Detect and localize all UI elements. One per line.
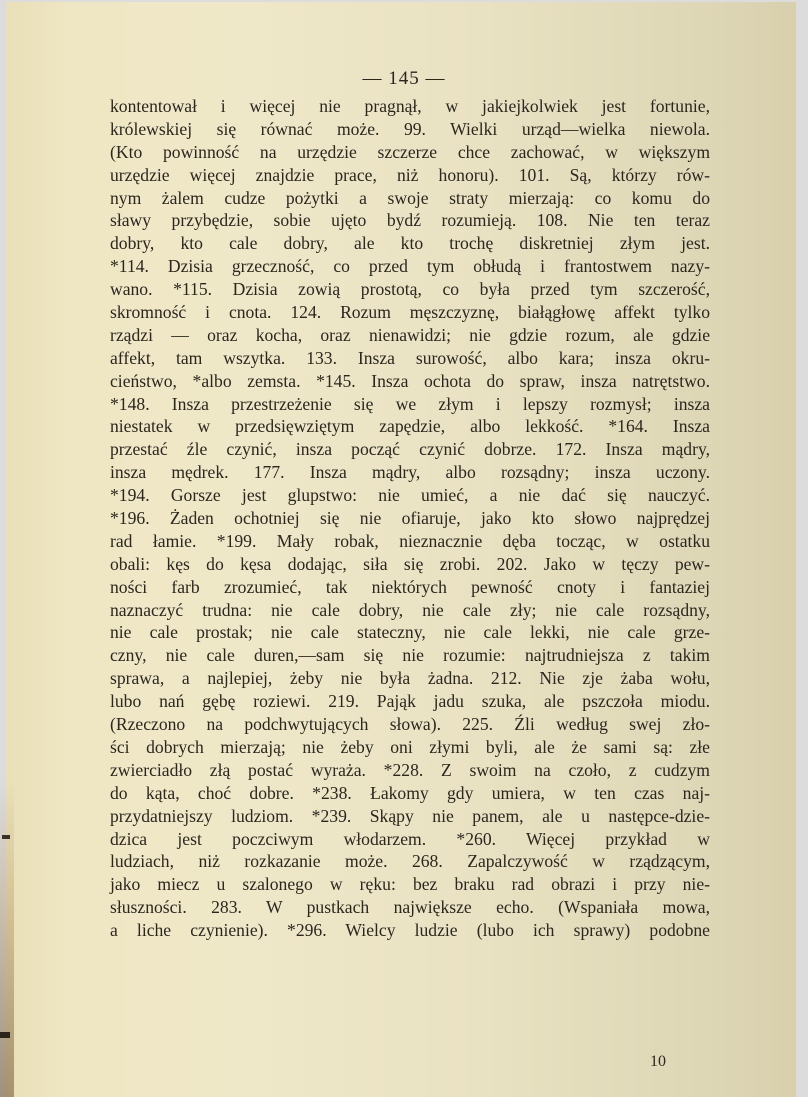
text-line: lubo nań gębę roziewi. 219. Pająk jadu s… bbox=[110, 690, 710, 713]
binding-edge bbox=[0, 780, 14, 1097]
text-line: (Kto powinność na urzędzie szczerze chce… bbox=[110, 141, 710, 164]
text-line: do kąta, choć dobre. *238. Łakomy gdy um… bbox=[110, 782, 710, 805]
text-line: ności farb zrozumieć, tak niektórych pew… bbox=[110, 576, 710, 599]
text-line: ludziach, niż rozkazanie może. 268. Zapa… bbox=[110, 850, 710, 873]
text-line: *114. Dzisia grzeczność, co przed tym ob… bbox=[110, 255, 710, 278]
text-line: a liche czynienie). *296. Wielcy ludzie … bbox=[110, 919, 710, 942]
text-line: przestać źle czynić, insza począć czynić… bbox=[110, 438, 710, 461]
binding-mark bbox=[0, 1032, 10, 1038]
body-text: kontentował i więcej nie pragnął, w jaki… bbox=[110, 95, 710, 942]
text-line: rządzi — oraz kocha, oraz nienawidzi; ni… bbox=[110, 324, 710, 347]
text-line: sławy przybędzie, sobie ujęto bydź rozum… bbox=[110, 209, 710, 232]
text-line: cieństwo, *albo zemsta. *145. Insza ocho… bbox=[110, 370, 710, 393]
text-line: *196. Żaden ochotniej się nie ofiaruje, … bbox=[110, 507, 710, 530]
text-line: affekt, tam wszytka. 133. Insza surowość… bbox=[110, 347, 710, 370]
text-line: skromność i cnota. 124. Rozum męszczyznę… bbox=[110, 301, 710, 324]
text-line: kontentował i więcej nie pragnął, w jaki… bbox=[110, 95, 710, 118]
text-line: dzica jest poczciwym włodarzem. *260. Wi… bbox=[110, 828, 710, 851]
text-line: ści dobrych mierzają; nie żeby oni złymi… bbox=[110, 736, 710, 759]
text-line: niestatek w przedsięwziętym zapędzie, al… bbox=[110, 415, 710, 438]
text-line: sprawa, a najlepiej, żeby nie była żadna… bbox=[110, 667, 710, 690]
text-line: czny, nie cale duren,—sam się nie rozumi… bbox=[110, 644, 710, 667]
text-line: zwierciadło złą postać wyraża. *228. Z s… bbox=[110, 759, 710, 782]
binding-mark bbox=[2, 835, 10, 839]
text-line: nym żalem cudze pożytki a swoje straty m… bbox=[110, 187, 710, 210]
text-line: (Rzeczono na podchwytujących słowa). 225… bbox=[110, 713, 710, 736]
text-line: wano. *115. Dzisia zowią prostotą, co by… bbox=[110, 278, 710, 301]
text-line: insza mędrek. 177. Insza mądry, albo roz… bbox=[110, 461, 710, 484]
text-line: jako miecz u szalonego w ręku: bez braku… bbox=[110, 873, 710, 896]
text-line: przydatniejszy ludziom. *239. Skąpy nie … bbox=[110, 805, 710, 828]
text-line: dobry, kto cale dobry, ale kto trochę di… bbox=[110, 232, 710, 255]
text-line: *148. Insza przestrzeżenie się we złym i… bbox=[110, 393, 710, 416]
page-number-header: — 145 — bbox=[0, 68, 808, 90]
text-line: urzędzie więcej znajdzie prace, niż hono… bbox=[110, 164, 710, 187]
text-line: słuszności. 283. W pustkach największe e… bbox=[110, 896, 710, 919]
text-line: rad łamie. *199. Mały robak, nieznacznie… bbox=[110, 530, 710, 553]
text-line: naznaczyć trudna: nie cale dobry, nie ca… bbox=[110, 599, 710, 622]
text-line: królewskiej się równać może. 99. Wielki … bbox=[110, 118, 710, 141]
text-line: *194. Gorsze jest glupstwo: nie umieć, a… bbox=[110, 484, 710, 507]
text-line: nie cale prostak; nie cale stateczny, ni… bbox=[110, 621, 710, 644]
text-line: obali: kęs do kęsa dodając, siła się zro… bbox=[110, 553, 710, 576]
signature-mark: 10 bbox=[650, 1053, 666, 1071]
